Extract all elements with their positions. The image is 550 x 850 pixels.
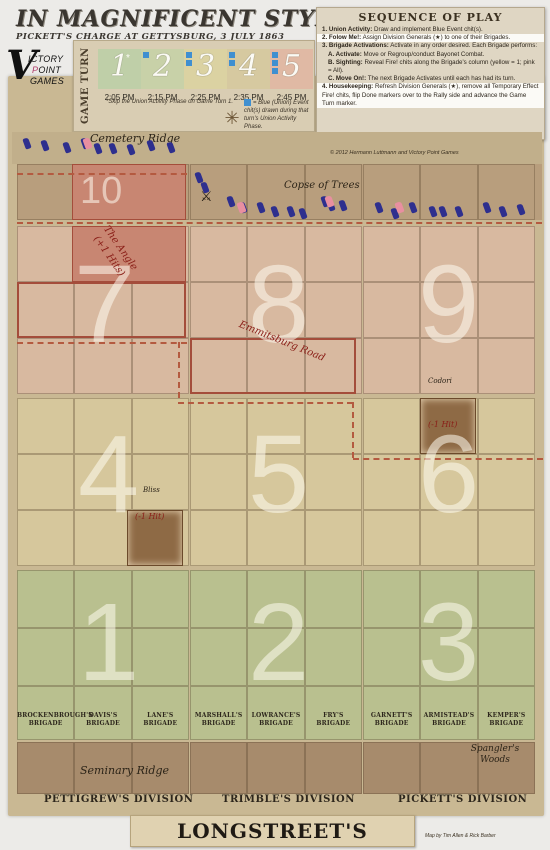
the-angle-outline [17, 282, 186, 338]
map-square[interactable] [132, 628, 189, 686]
union-line-boundary [17, 222, 542, 224]
map-square[interactable] [363, 570, 420, 628]
map-square[interactable] [247, 454, 304, 510]
map-square[interactable] [74, 338, 131, 394]
brigade-name: FRY'S [305, 712, 362, 720]
map-square[interactable] [420, 282, 477, 338]
division-trimble: TRIMBLE'S DIVISION [222, 794, 355, 805]
map-square[interactable] [420, 454, 477, 510]
label-bliss: Bliss [143, 486, 160, 494]
lower-boundary-left [17, 342, 187, 344]
map-square[interactable] [363, 454, 420, 510]
map-square[interactable] [363, 398, 420, 454]
turn-number: 1 [98, 49, 141, 85]
brigade-word: BRIGADE [74, 720, 131, 728]
label-copse-of-trees: Copse of Trees [284, 180, 360, 191]
label-codori: Codori [428, 377, 452, 385]
sequence-of-play-panel: SEQUENCE OF PLAY 1. Union Activity: Draw… [316, 7, 545, 140]
map-square[interactable] [478, 226, 535, 282]
map-square[interactable] [190, 628, 247, 686]
brigade-label[interactable]: GARNETT'SBRIGADE [363, 712, 420, 728]
map-square[interactable] [190, 454, 247, 510]
brigade-word: BRIGADE [247, 720, 304, 728]
map-square[interactable] [132, 454, 189, 510]
step-label: 3. Brigade Activations: [322, 42, 389, 49]
map-square[interactable] [420, 510, 477, 566]
map-square[interactable] [305, 226, 362, 282]
turn-box-1[interactable]: 1*2:05 PM [98, 49, 141, 89]
logo-line-3: GAMES [30, 76, 64, 86]
turn-asterisk: * [126, 53, 130, 64]
victory-point-games-logo: V ICTORY POINT GAMES [6, 48, 68, 88]
map-square[interactable] [132, 338, 189, 394]
map-square[interactable] [17, 628, 74, 686]
step-label: 2. Folow Me!: [322, 34, 361, 41]
map-square[interactable] [190, 226, 247, 282]
turn-number: 3 [184, 49, 227, 85]
brigade-label[interactable]: DAVIS'SBRIGADE [74, 712, 131, 728]
step-label: 1. Union Activity: [322, 26, 372, 33]
map-square[interactable] [305, 510, 362, 566]
map-square[interactable] [478, 628, 535, 686]
turn-box-2[interactable]: 22:15 PM [141, 49, 184, 89]
brigade-name: BROCKENBROUGH'S [17, 712, 74, 720]
brigade-name: LOWRANCE'S [247, 712, 304, 720]
turn-box-3[interactable]: 32:25 PM [184, 49, 227, 89]
brigade-label[interactable]: BROCKENBROUGH'SBRIGADE [17, 712, 74, 728]
right-boundary [353, 458, 543, 460]
copyright: © 2012 Hermann Luttmann and Victory Poin… [330, 150, 459, 156]
brigade-label[interactable]: LANE'SBRIGADE [132, 712, 189, 728]
map-square[interactable] [363, 628, 420, 686]
step-text: The next Brigade Activates until each ha… [368, 75, 516, 82]
map-square[interactable] [17, 398, 74, 454]
map-square[interactable] [17, 742, 74, 794]
legend-text: = Blue (Union) Event chit(s) drawn durin… [244, 100, 309, 130]
sequence-title: SEQUENCE OF PLAY [322, 11, 539, 24]
map-square[interactable] [363, 282, 420, 338]
turn-number: 4 [227, 49, 270, 85]
label-seminary-ridge: Seminary Ridge [80, 764, 169, 777]
turn-box-4[interactable]: 42:35 PM [227, 49, 270, 89]
map-square[interactable] [17, 570, 74, 628]
map-square[interactable] [305, 628, 362, 686]
brigade-word: BRIGADE [363, 720, 420, 728]
map-square[interactable] [305, 282, 362, 338]
step-label: 4. Housekeeping: [322, 83, 373, 90]
brigade-word: BRIGADE [17, 720, 74, 728]
map-square[interactable] [478, 282, 535, 338]
map-square[interactable] [247, 570, 304, 628]
map-square[interactable] [247, 742, 304, 794]
map-square[interactable] [190, 570, 247, 628]
step-text: Assign Division Generals (★) to one of t… [363, 34, 511, 41]
lower-boundary-vert [178, 342, 180, 398]
brigade-word: BRIGADE [478, 720, 535, 728]
sequence-step: 1. Union Activity: Draw and implement Bl… [322, 26, 539, 34]
map-square[interactable] [74, 454, 131, 510]
map-square[interactable] [74, 398, 131, 454]
map-square[interactable] [132, 570, 189, 628]
blue-chit-legend: = Blue (Union) Event chit(s) drawn durin… [244, 99, 314, 131]
game-title: IN MAGNIFICENT STYLE: [16, 6, 358, 32]
sequence-step: 3. Brigade Activations: Activate in any … [322, 42, 539, 50]
map-square[interactable] [420, 226, 477, 282]
map-square[interactable] [363, 226, 420, 282]
map-square[interactable] [478, 338, 535, 394]
brigade-name: ARMISTEAD'S [420, 712, 477, 720]
sequence-step: 2. Folow Me!: Assign Division Generals (… [317, 34, 544, 42]
turn-note: *Skip the Union Activity Phase on Game T… [106, 99, 233, 105]
step-text: Draw and implement Blue Event chit(s). [374, 26, 483, 33]
map-square[interactable] [190, 510, 247, 566]
logo-oint: OINT [38, 65, 61, 75]
hit-modifier-codori: (-1 Hit) [428, 420, 457, 429]
map-square[interactable] [420, 338, 477, 394]
brigade-name: KEMPER'S [478, 712, 535, 720]
brigade-word: BRIGADE [190, 720, 247, 728]
label-spanglers-woods: Spangler's Woods [470, 744, 520, 766]
brigade-label[interactable]: ARMISTEAD'SBRIGADE [420, 712, 477, 728]
map-square[interactable] [17, 510, 74, 566]
map-square[interactable] [74, 570, 131, 628]
hit-modifier-bliss: (-1 Hit) [135, 512, 164, 521]
sequence-step: A. Activate: Move or Regroup/conduct Bay… [322, 51, 539, 59]
blue-chit-icon [244, 99, 251, 106]
step-label: C. Move On!: [328, 75, 366, 82]
map-square[interactable] [17, 454, 74, 510]
map-square[interactable] [305, 454, 362, 510]
map-square[interactable] [363, 742, 420, 794]
brigade-name: GARNETT'S [363, 712, 420, 720]
map-square[interactable] [478, 398, 535, 454]
corps-title: LONGSTREET'S CORPS [130, 815, 415, 847]
map-square[interactable] [420, 570, 477, 628]
game-turn-label: GAME TURN [80, 47, 94, 125]
map-square[interactable] [190, 742, 247, 794]
brigade-label[interactable]: KEMPER'SBRIGADE [478, 712, 535, 728]
brigade-name: MARSHALL'S [190, 712, 247, 720]
turn-box-5[interactable]: 52:45 PM [270, 49, 313, 89]
sequence-steps: 1. Union Activity: Draw and implement Bl… [322, 26, 539, 108]
map-square[interactable] [247, 398, 304, 454]
angle-boundary [17, 173, 187, 175]
compass-rose-icon: ✳ [222, 108, 242, 128]
division-pettigrew: PETTIGREW'S DIVISION [44, 794, 193, 805]
middle-boundary-vert [352, 402, 354, 458]
brigade-word: BRIGADE [420, 720, 477, 728]
map-square[interactable] [305, 570, 362, 628]
sequence-step: B. Sighting: Reveal Fire! chits along th… [322, 59, 539, 75]
map-square[interactable] [74, 628, 131, 686]
brigade-word: BRIGADE [132, 720, 189, 728]
division-pickett: PICKETT'S DIVISION [398, 794, 527, 805]
step-text: Move or Regroup/conduct Bayonet Combat. [364, 51, 485, 58]
map-credit: Map by Tim Allen & Rick Barber [425, 833, 496, 839]
brigade-label[interactable]: FRY'SBRIGADE [305, 712, 362, 728]
map-square[interactable] [247, 510, 304, 566]
map-square[interactable] [420, 628, 477, 686]
map-square[interactable] [247, 628, 304, 686]
map-square[interactable] [478, 570, 535, 628]
map-square[interactable] [363, 338, 420, 394]
map-square[interactable] [190, 398, 247, 454]
brigade-label[interactable]: MARSHALL'SBRIGADE [190, 712, 247, 728]
map-square[interactable] [363, 510, 420, 566]
logo-line-2: POINT [32, 65, 61, 75]
brigade-label[interactable]: LOWRANCE'SBRIGADE [247, 712, 304, 728]
sequence-step: C. Move On!: The next Brigade Activates … [322, 75, 539, 83]
map-square[interactable] [74, 510, 131, 566]
artillery-cannon-icon[interactable]: ⚔ [200, 188, 216, 212]
turn-number: 5 [270, 49, 313, 85]
game-turn-track: GAME TURN 1*2:05 PM22:15 PM32:25 PM42:35… [73, 40, 315, 132]
brigade-name: DAVIS'S [74, 712, 131, 720]
step-label: A. Activate: [328, 51, 362, 58]
turn-boxes: 1*2:05 PM22:15 PM32:25 PM42:35 PM52:45 P… [98, 49, 313, 89]
step-label: B. Sighting: [328, 59, 363, 66]
middle-boundary [178, 402, 353, 404]
step-text: Activate in any order desired. Each Brig… [390, 42, 537, 49]
emmitsburg-road-outline [190, 338, 356, 394]
map-square[interactable] [17, 338, 74, 394]
sequence-step: 4. Housekeeping: Refresh Division Genera… [317, 83, 544, 108]
brigade-name: LANE'S [132, 712, 189, 720]
logo-line-1: ICTORY [28, 54, 63, 64]
map-square[interactable] [478, 454, 535, 510]
union-square[interactable] [305, 164, 362, 220]
map-square[interactable] [305, 742, 362, 794]
map-square[interactable] [132, 398, 189, 454]
map-square[interactable] [247, 226, 304, 282]
turn-number: 2 [141, 49, 184, 85]
map-square[interactable] [478, 510, 535, 566]
map-square[interactable] [17, 226, 74, 282]
brigade-word: BRIGADE [305, 720, 362, 728]
